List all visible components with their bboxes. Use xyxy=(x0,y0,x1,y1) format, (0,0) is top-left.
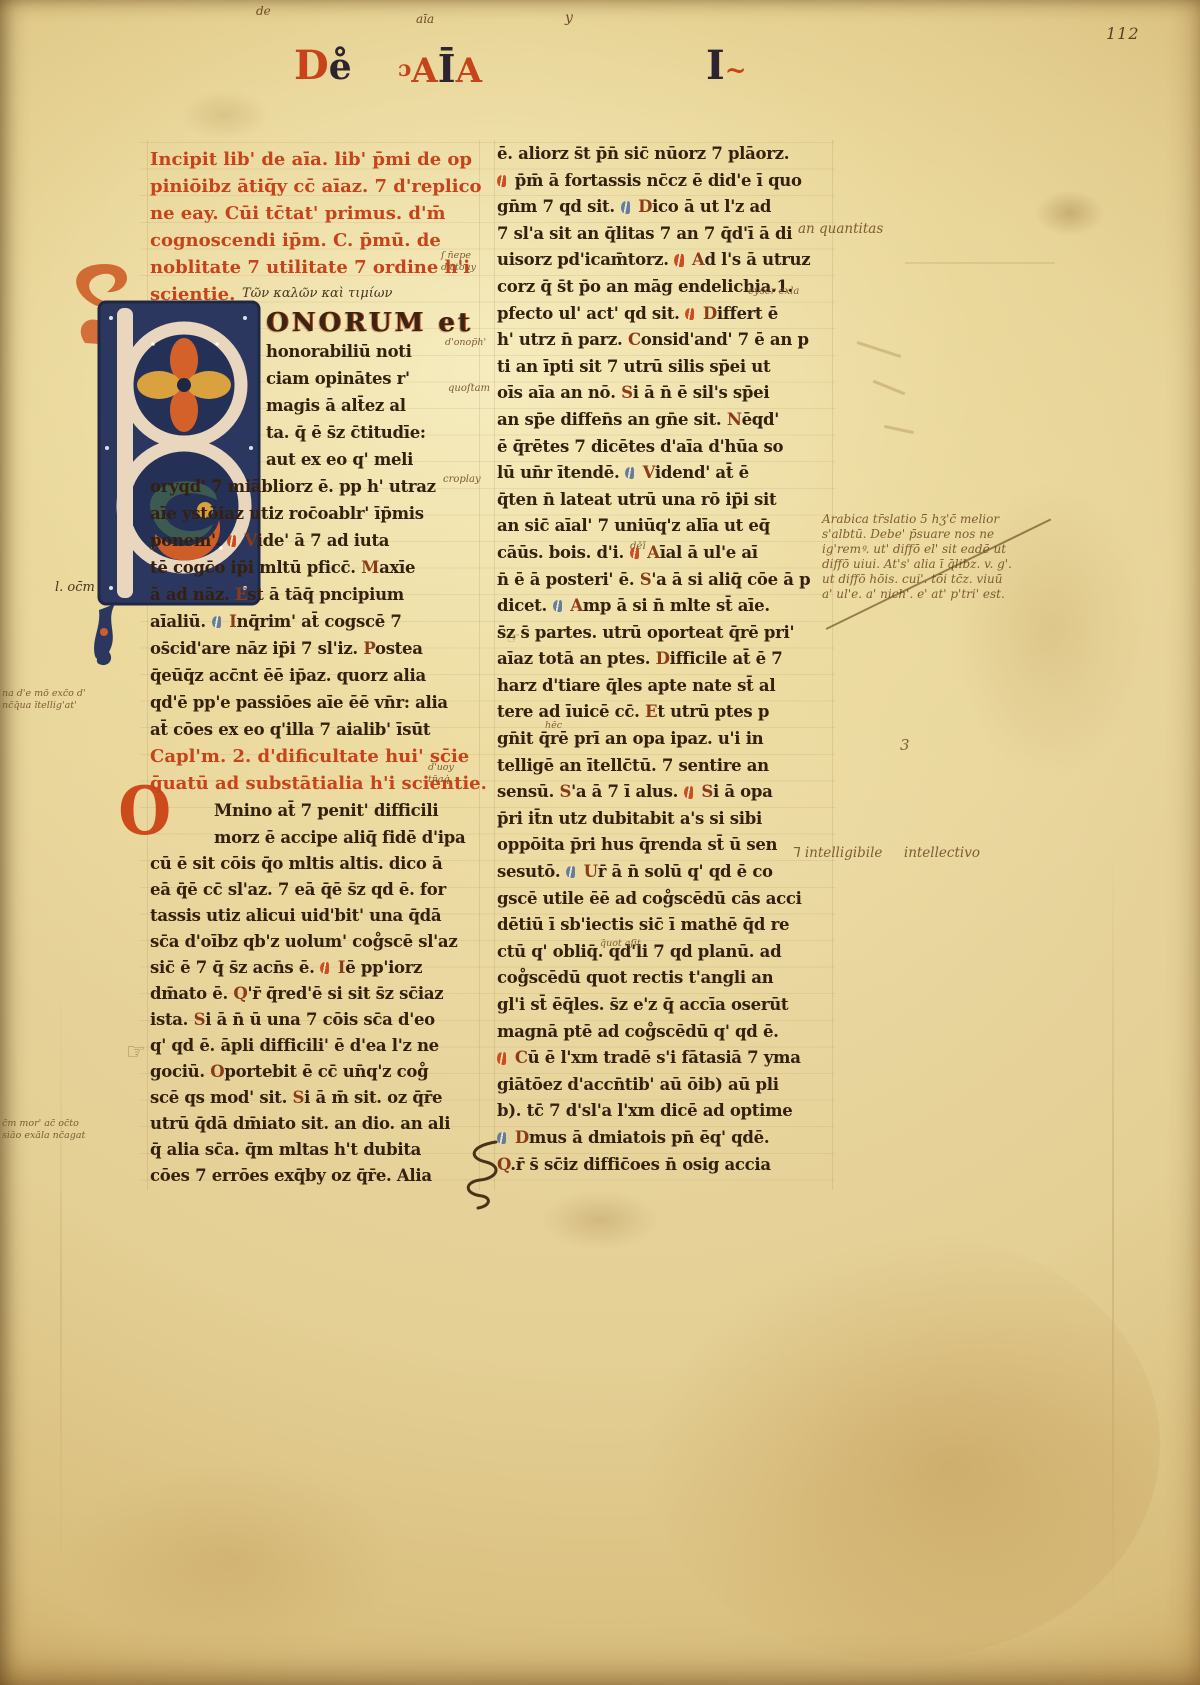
text-line: magnā ptē ad cog̊scēdū q' qd ē. xyxy=(497,1019,837,1046)
script-text: dicet. xyxy=(497,596,552,615)
note-line: nc̄q̄ua ītellig'at' xyxy=(2,700,86,712)
script-text: utrū q̄dā dm̄iato sit. an dio. an ali xyxy=(150,1114,450,1133)
stain xyxy=(60,1460,400,1660)
script-text: gn̄it q̄rē prī an opa ipaz. u'i in xyxy=(497,729,763,748)
script-text: ne eay. Cūi tc̄tat' primus. d'm̄ xyxy=(150,203,446,224)
text-line: ta. q̄ ē s̄z c̄titudīe: xyxy=(266,419,490,446)
script-text: cog̊scēdū quot rectis t'angli an xyxy=(497,968,773,987)
red-touched-text: Q xyxy=(233,984,247,1003)
script-text: eā q̄ē cc̄ sl'az. 7 eā q̄ē s̄z qd ē. for xyxy=(150,880,446,899)
red-touched-text: M xyxy=(361,558,379,577)
script-text: i ā n̄ ē sil's sp̄ei xyxy=(633,383,770,402)
script-text: d l's ā utruz xyxy=(704,250,810,269)
red-touched-text: E xyxy=(235,585,247,604)
red-touched-text: A xyxy=(570,596,583,615)
note-line: ⅂ intelligibile intellectivo xyxy=(793,845,980,862)
text-line: Mnino at̄ 7 penit' difficili xyxy=(214,797,490,824)
text-line: morz ē accipe aliq̄ fidē d'ipa xyxy=(214,824,490,851)
script-text: aīaliū. xyxy=(150,612,211,631)
capitulum-mark-red xyxy=(685,308,694,320)
red-touched-text: D xyxy=(703,304,717,323)
rubric-line: piniōibz ātiq̄y cc̄ aīaz. 7 d'replico xyxy=(150,173,490,200)
text-line: sc̄a d'oībz qb'z uolum' cog̊scē sl'az xyxy=(150,929,490,955)
script-text: idend' at̄ ē xyxy=(655,463,749,482)
gloss-interlinear-eyser: eyser exla xyxy=(748,286,799,299)
note-line: Τῶν καλῶν καὶ τιμίων xyxy=(242,286,392,302)
script-text: aut ex eo q' meli xyxy=(266,450,413,469)
text-line: telligē an ītellc̄tū. 7 sentire an xyxy=(497,753,837,780)
script-text: mp ā si n̄ mlte st̄ aīe. xyxy=(583,596,770,615)
running-title-e: e̊ xyxy=(329,46,352,88)
script-text: giātōez d'accn̄tib' aū ōib) aū pli xyxy=(497,1075,779,1094)
script-text: b). tc̄ 7 d'sl'a l'xm dicē ad optime xyxy=(497,1101,792,1120)
gloss-intercolumn-5: d'uoytn̄aq̇ xyxy=(428,762,454,786)
manicule-left: ☞ xyxy=(126,1040,146,1065)
script-text: scē qs mod' sit. xyxy=(150,1088,293,1107)
text-line: q̄ alia sc̄a. q̄m mltas h't dubita xyxy=(150,1137,490,1163)
script-text: q̄ten n̄ lateat utrū una rō ip̄i sit xyxy=(497,490,776,509)
script-text: ciam opinātes r' xyxy=(266,369,410,388)
script-text: an sic̄ aīal' 7 uniūq'z alīa ut eq̄ xyxy=(497,516,770,535)
text-line: ctū q' obliq̄. qd'li 7 qd planū. ad xyxy=(497,939,837,966)
red-touched-text: V xyxy=(643,463,655,482)
script-text: ē. aliorz s̄t p̄n̄ sic̄ nūorz 7 plāorz. xyxy=(497,144,789,163)
script-text: noblitate 7 utilitate 7 ordine h'i xyxy=(150,257,470,278)
text-line: dētiū ī sb'iectis sic̄ ī mathē q̄d re xyxy=(497,912,837,939)
script-text: aīe ystōiaz utiz roc̄oablr' īp̄mis xyxy=(150,504,424,523)
running-title-gloss-center: aīa xyxy=(416,12,434,26)
script-text: harz d'tiare q̄les apte nate st̄ al xyxy=(497,676,775,695)
red-touched-text: C xyxy=(628,330,641,349)
title-swash: ~ xyxy=(725,56,747,86)
text-line: lū un̄r ītendē. Vidend' at̄ ē xyxy=(497,460,837,487)
text-line: ti an īpti sit 7 utrū silis sp̄ei ut xyxy=(497,354,837,381)
script-text: Mnino at̄ 7 penit' difficili xyxy=(214,801,438,820)
text-line: magis ā alt̄ez al xyxy=(266,392,490,419)
script-text: mus ā dmiatois pn̄ ēq' qdē. xyxy=(529,1128,769,1147)
text-line: uisorz pd'icam̄torz. Ad l's ā utruz xyxy=(497,247,837,274)
text-line: oryqd' 7 miābliorz ē. pp h' utraz xyxy=(150,473,490,500)
red-touched-text: S xyxy=(559,782,571,801)
script-text: dm̄ato ē. xyxy=(150,984,233,1003)
capitulum-mark-red xyxy=(674,254,683,266)
text-line: q' qd ē. āpli difficili' ē d'ea l'z ne xyxy=(150,1033,490,1059)
margin-note-intelligibile: ⅂ intelligibile intellectivo xyxy=(793,845,980,862)
title-i: Ī xyxy=(438,46,456,91)
text-line: 7 sl'a sit an q̄litas 7 an 7 q̄d'ī ā di xyxy=(497,221,837,248)
script-text: magnā ptē ad cog̊scēdū q' qd ē. xyxy=(497,1022,779,1041)
text-line: giātōez d'accn̄tib' aū ōib) aū pli xyxy=(497,1072,837,1099)
script-text: onsid'and' 7 ē an p xyxy=(641,330,809,349)
script-text: ē q̄rētes 7 dicētes d'aīa d'hūa so xyxy=(497,437,783,456)
red-touched-text: C xyxy=(515,1048,528,1067)
script-text: os̄cid'are nāz ip̄i 7 sl'iz. xyxy=(150,639,363,658)
running-title-aia: ɔAĪA xyxy=(398,46,482,91)
manicule-intercolumn: ☞ xyxy=(506,628,520,647)
script-text: morz ē accipe aliq̄ fidē d'ipa xyxy=(214,828,465,847)
script-text: dētiū ī sb'iectis sic̄ ī mathē q̄d re xyxy=(497,915,789,934)
red-touched-text: I xyxy=(229,612,236,631)
script-text: gscē utile ēē ad cog̊scēdū cās acci xyxy=(497,889,802,908)
script-text: 'a ā 7 ī alus. xyxy=(571,782,683,801)
text-line: ē q̄rētes 7 dicētes d'aīa d'hūa so xyxy=(497,434,837,461)
gloss-interlinear-dei: dēī xyxy=(630,541,646,554)
running-title-gloss-right: y xyxy=(565,10,573,26)
initial-flourish-orange xyxy=(76,264,127,306)
script-text: scientie. xyxy=(150,284,235,305)
text-line: tassis utiz alicui uid'bit' una q̄dā xyxy=(150,903,490,929)
text-line: b). tc̄ 7 d'sl'a l'xm dicē ad optime xyxy=(497,1098,837,1125)
stain xyxy=(540,1190,660,1250)
script-text: tassis utiz alicui uid'bit' una q̄dā xyxy=(150,906,441,925)
script-text: Capl'm. 2. d'dificultate hui' sc̄ie xyxy=(150,746,469,767)
text-line: n̄ ē ā posteri' ē. S'a ā si aliq̄ cōe ā … xyxy=(497,567,837,594)
capitulum-mark-blue xyxy=(566,866,575,878)
note-line: d'uoy xyxy=(428,762,454,774)
note-line: q̄uot aſit xyxy=(600,938,641,950)
show-through-mark xyxy=(905,262,1055,264)
text-line: q̄eūq̄z acc̄nt ēē ip̄az. quorz alia xyxy=(150,662,490,689)
stain xyxy=(180,90,270,140)
red-touched-text: S xyxy=(194,1010,206,1029)
text-line: Cū ē l'xm tradē s'i fātasiā 7 yma xyxy=(497,1045,837,1072)
script-text: ti an īpti sit 7 utrū silis sp̄ei ut xyxy=(497,357,770,376)
script-text: q' qd ē. āpli difficili' ē d'ea l'z ne xyxy=(150,1036,439,1055)
margin-note-left-bottom: c̄m mor' ac̄ oc̄tosiāo exāla nc̄agat xyxy=(2,1118,85,1142)
note-line: d'onop̄h' xyxy=(445,337,486,349)
text-line: at̄ cōes ex eo q'illa 7 aialib' īsūt xyxy=(150,716,490,743)
script-text: ide' ā 7 ad iuta xyxy=(257,531,390,550)
script-text: magis ā alt̄ez al xyxy=(266,396,406,415)
script-text: sic̄ ē 7 q̄ s̄z acn̄s ē. xyxy=(150,958,320,977)
text-line: gl'i st̄ ēq̄les. s̄z e'z q̄ accīa oserūt xyxy=(497,992,837,1019)
red-touched-text: S xyxy=(701,782,713,801)
text-line: gn̄m 7 qd sit. Dico ā ut l'z ad xyxy=(497,194,837,221)
text-line: gscē utile ēē ad cog̊scēdū cās acci xyxy=(497,886,837,913)
red-touched-text: N xyxy=(727,410,742,429)
script-text: sc̄a d'oībz qb'z uolum' cog̊scē sl'az xyxy=(150,932,457,951)
note-line: ig'remꝰ. ut' diffō el' sit eadē ut xyxy=(822,542,1012,557)
note-line: na d'e mō exc̄o d' xyxy=(2,688,86,700)
script-text: p̄m̄ ā fortassis nc̄cz ē did'e ī quo xyxy=(509,171,801,190)
note-line: l. oc̄m xyxy=(55,580,95,596)
red-touched-text: U xyxy=(584,862,598,881)
text-line: Dmus ā dmiatois pn̄ ēq' qdē. xyxy=(497,1125,837,1152)
manuscript-page: 112 de aīa y De̊ ɔAĪA I~ xyxy=(0,0,1200,1685)
text-line: p̄ri it̄n utz dubitabit a's si sibi xyxy=(497,806,837,833)
show-through-mark xyxy=(873,380,906,396)
text-line: oīs aīa an nō. Si ā n̄ ē sil's sp̄ei xyxy=(497,380,837,407)
text-line: os̄cid'are nāz ip̄i 7 sl'iz. Postea xyxy=(150,635,490,662)
script-text: sensū. xyxy=(497,782,559,801)
text-line: harz d'tiare q̄les apte nate st̄ al xyxy=(497,673,837,700)
capitulum-mark-red xyxy=(227,535,236,547)
red-touched-text: D xyxy=(638,197,652,216)
red-touched-text: E xyxy=(645,702,657,721)
text-line: pfecto ul' act' qd sit. Differt ē xyxy=(497,301,837,328)
running-title-de: De̊ xyxy=(294,42,352,89)
script-text: n̄ ē ā posteri' ē. xyxy=(497,570,640,589)
text-line: qd'ē pp'e passiōes aīe ēē vn̄r: alia xyxy=(150,689,490,716)
text-line: oppōita p̄ri hus q̄renda st̄ ū sen xyxy=(497,832,837,859)
script-text: nq̄rim' at̄ cogscē 7 xyxy=(237,612,402,631)
script-text: .r̄ s̄ sc̄iz diffic̄oes n̄ osig accia xyxy=(510,1155,771,1174)
red-touched-text: S xyxy=(640,570,652,589)
script-text: ifficile at̄ ē 7 xyxy=(670,649,783,668)
note-line: dēī xyxy=(630,541,646,554)
script-text: ēqd' xyxy=(742,410,779,429)
script-text: t utrū ptes p xyxy=(657,702,769,721)
rubric-line: ne eay. Cūi tc̄tat' primus. d'm̄ xyxy=(150,200,490,227)
note-line: eyser exla xyxy=(748,286,799,299)
crease xyxy=(1112,840,1114,1620)
margin-mark-3: 3 xyxy=(900,736,910,755)
note-line: d'ctouy xyxy=(441,262,476,274)
text-line: scē qs mod' sit. Si ā m̄ sit. oz q̄r̄e xyxy=(150,1085,490,1111)
gloss-intercolumn-1: ſ n̄eped'ctouy xyxy=(441,250,476,274)
rubric-line: cognoscendi ip̄m. C. p̄mū. de xyxy=(150,227,490,254)
gloss-intercolumn-4: croplay xyxy=(443,474,481,487)
script-text: i ā opa xyxy=(713,782,773,801)
text-line: q̄ten n̄ lateat utrū una rō ip̄i sit xyxy=(497,487,837,514)
note-line: siāo exāla nc̄agat xyxy=(2,1130,85,1142)
script-text: cōes 7 errōes exq̄by oz q̄r̄e. Alia xyxy=(150,1166,432,1185)
script-text: i ā n̄ ū una 7 cōis sc̄a d'eo xyxy=(205,1010,435,1029)
red-touched-text: D xyxy=(656,649,670,668)
capitulum-mark-blue xyxy=(621,201,630,213)
script-text: cognoscendi ip̄m. C. p̄mū. de xyxy=(150,230,441,251)
script-text: 'a ā si aliq̄ cōe ā p xyxy=(651,570,810,589)
script-text: cāūs. bois. d'i. xyxy=(497,543,629,562)
gloss-interlinear-quot: q̄uot aſit xyxy=(600,938,641,950)
text-line: dm̄ato ē. Q'r̄ q̄red'ē si sit s̄z sc̄iaz xyxy=(150,981,490,1007)
note-line: hēc xyxy=(545,720,562,732)
rubric-line: Incipit lib' de aīa. lib' p̄mi de op xyxy=(150,146,490,173)
note-line: croplay xyxy=(443,474,481,487)
margin-note-arabica: Arabica tr̄slatio 5 hʒ'c̄ meliors'albtū.… xyxy=(822,512,1012,602)
red-touched-text: A xyxy=(647,543,660,562)
text-line: aīaliū. Inq̄rim' at̄ cogscē 7 xyxy=(150,608,490,635)
text-line: p̄m̄ ā fortassis nc̄cz ē did'e ī quo xyxy=(497,168,837,195)
script-text: portebit ē cc̄ un̄q'z cog̊ xyxy=(224,1062,428,1081)
red-touched-text: O xyxy=(210,1062,224,1081)
gloss-interlinear-hec: hēc xyxy=(545,720,562,732)
note-line: diffō uiui. At's' alia ī q̄libz. v. g'. xyxy=(822,557,1012,572)
script-text: oīs aīa an nō. xyxy=(497,383,621,402)
capitulum-mark-red xyxy=(497,175,506,187)
text-line: s̄z s̄ partes. utrū oporteat q̄rē pri' xyxy=(497,620,837,647)
note-line: c̄m mor' ac̄ oc̄to xyxy=(2,1118,85,1130)
text-line: ponem'. Vide' ā 7 ad iuta xyxy=(150,527,490,554)
note-line: ſ n̄epe xyxy=(441,250,476,262)
script-text: qd'ē pp'e passiōes aīe ēē vn̄r: alia xyxy=(150,693,448,712)
crease xyxy=(60,980,62,1600)
red-touched-text: S xyxy=(293,1088,305,1107)
text-line: dicet. Amp ā si n̄ mlte st̄ aīe. xyxy=(497,593,837,620)
text-line: h' utrz n̄ parz. Consid'and' 7 ē an p xyxy=(497,327,837,354)
script-text: ponem'. xyxy=(150,531,227,550)
text-line: aīe ystōiaz utiz roc̄oablr' īp̄mis xyxy=(150,500,490,527)
running-title-gloss-left: de xyxy=(256,4,271,18)
capitulum-mark-red xyxy=(320,962,329,974)
script-text: st ā tāq̄ pncipium xyxy=(247,585,404,604)
note-line: quoſtam xyxy=(448,383,490,396)
script-text: lū un̄r ītendē. xyxy=(497,463,625,482)
script-text: honorabiliū noti xyxy=(266,342,412,361)
show-through-mark xyxy=(857,341,902,358)
note-line: ut diffō hōis. cui'. tōi tc̄z. viuū xyxy=(822,572,1012,587)
red-touched-text: P xyxy=(363,639,375,658)
text-line: ā ad nāz. Est ā tāq̄ pncipium xyxy=(150,581,490,608)
text-line: ista. Si ā n̄ ū una 7 cōis sc̄a d'eo xyxy=(150,1007,490,1033)
script-text: ostea xyxy=(375,639,423,658)
script-text: ē pp'iorz xyxy=(345,958,422,977)
script-text: p̄ri it̄n utz dubitabit a's si sibi xyxy=(497,809,762,828)
script-text: 'r̄ q̄red'ē si sit s̄z sc̄iaz xyxy=(247,984,443,1003)
script-text: tē cogc̄o ip̄i mltū pficc̄. xyxy=(150,558,361,577)
text-line: Q.r̄ s̄ sc̄iz diffic̄oes n̄ osig accia xyxy=(497,1152,837,1179)
script-text: oppōita p̄ri hus q̄renda st̄ ū sen xyxy=(497,835,777,854)
red-touched-text: S xyxy=(621,383,633,402)
script-text: telligē an ītellc̄tū. 7 sentire an xyxy=(497,756,769,775)
note-line: a' ul'e. a' nich'. e' at' p'tri' est. xyxy=(822,587,1012,602)
script-text: cū ē sit cōis q̄o mltis altis. dico ā xyxy=(150,854,442,873)
script-text: iffert ē xyxy=(717,304,778,323)
text-line: cāūs. bois. d'i. Aīal ā ul'e aī xyxy=(497,540,837,567)
running-title-d: D xyxy=(294,42,329,89)
script-text: ONORUM et xyxy=(266,308,473,338)
script-text: gl'i st̄ ēq̄les. s̄z e'z q̄ accīa oserūt xyxy=(497,995,788,1014)
folio-number: 112 xyxy=(1106,24,1140,43)
script-text: ū ē l'xm tradē s'i fātasiā 7 yma xyxy=(528,1048,801,1067)
text-line: cū ē sit cōis q̄o mltis altis. dico ā xyxy=(150,851,490,877)
script-text: i ā m̄ sit. oz q̄r̄e xyxy=(304,1088,442,1107)
script-text: pfecto ul' act' qd sit. xyxy=(497,304,685,323)
title-flourish: ɔ xyxy=(398,56,411,82)
capitulum-mark-red xyxy=(497,1052,506,1064)
text-column-left: Incipit lib' de aīa. lib' p̄mi de oppini… xyxy=(150,146,490,1189)
text-line: aīaz totā an ptes. Difficile at̄ ē 7 xyxy=(497,646,837,673)
capitulum-mark-blue xyxy=(625,467,634,479)
stain xyxy=(640,1230,1160,1660)
capitulum-mark-blue xyxy=(212,616,221,628)
title-a2: A xyxy=(456,51,482,91)
script-text: q̄ alia sc̄a. q̄m mltas h't dubita xyxy=(150,1140,421,1159)
title-book-numeral: I xyxy=(706,42,725,89)
title-a1: A xyxy=(411,51,437,91)
note-line: 3 xyxy=(900,736,910,755)
script-text: ico ā ut l'z ad xyxy=(652,197,771,216)
script-text: r̄ ā n̄ solū q' qd ē co xyxy=(598,862,773,881)
script-text: axīe xyxy=(379,558,415,577)
script-text: at̄ cōes ex eo q'illa 7 aialib' īsūt xyxy=(150,720,430,739)
script-text: sesutō. xyxy=(497,862,566,881)
text-line: sic̄ ē 7 q̄ s̄z acn̄s ē. Iē pp'iorz xyxy=(150,955,490,981)
show-through-mark xyxy=(884,425,914,434)
script-text: ta. q̄ ē s̄z c̄titudīe: xyxy=(266,423,426,442)
script-text: s̄z s̄ partes. utrū oporteat q̄rē pri' xyxy=(497,623,794,642)
capitulum-mark-red xyxy=(684,786,693,798)
gloss-intercolumn-2: d'onop̄h' xyxy=(445,337,486,349)
script-text: gociū. xyxy=(150,1062,210,1081)
script-text: ista. xyxy=(150,1010,194,1029)
script-text: q̄eūq̄z acc̄nt ēē ip̄az. quorz alia xyxy=(150,666,426,685)
margin-note-left-mid: na d'e mō exc̄o d'nc̄q̄ua ītellig'at' xyxy=(2,688,86,712)
text-line: gociū. Oportebit ē cc̄ un̄q'z cog̊ xyxy=(150,1059,490,1085)
text-line: tē cogc̄o ip̄i mltū pficc̄. Maxīe xyxy=(150,554,490,581)
script-text: ā ad nāz. xyxy=(150,585,235,604)
note-line: Arabica tr̄slatio 5 hʒ'c̄ melior xyxy=(822,512,1012,527)
text-line: eā q̄ē cc̄ sl'az. 7 eā q̄ē s̄z qd ē. for xyxy=(150,877,490,903)
text-line: sesutō. Ur̄ ā n̄ solū q' qd ē co xyxy=(497,859,837,886)
capitulum-mark-blue xyxy=(553,600,562,612)
script-text: īal ā ul'e aī xyxy=(660,543,758,562)
script-text: oryqd' 7 miābliorz ē. pp h' utraz xyxy=(150,477,436,496)
text-line: an sic̄ aīal' 7 uniūq'z alīa ut eq̄ xyxy=(497,513,837,540)
script-text: gn̄m 7 qd sit. xyxy=(497,197,620,216)
script-text: Incipit lib' de aīa. lib' p̄mi de op xyxy=(150,149,472,170)
display-line: ONORUM et xyxy=(266,308,490,338)
script-text: aīaz totā an ptes. xyxy=(497,649,656,668)
note-line: an quantitas xyxy=(798,221,883,238)
text-line: cōes 7 errōes exq̄by oz q̄r̄e. Alia xyxy=(150,1163,490,1189)
margin-note-an-quantitas: an quantitas xyxy=(798,221,883,238)
script-text: tere ad īuicē cc̄. xyxy=(497,702,645,721)
running-title-book-i: I~ xyxy=(706,42,747,89)
red-touched-text: A xyxy=(692,250,705,269)
script-text: an sp̄e diffen̄s an gn̄e sit. xyxy=(497,410,727,429)
text-line: an sp̄e diffen̄s an gn̄e sit. Nēqd' xyxy=(497,407,837,434)
rubric-line: noblitate 7 utilitate 7 ordine h'i xyxy=(150,254,490,281)
gloss-greek-incipit: Τῶν καλῶν καὶ τιμίων xyxy=(242,286,392,302)
text-line: cog̊scēdū quot rectis t'angli an xyxy=(497,965,837,992)
script-text: 7 sl'a sit an q̄litas 7 an 7 q̄d'ī ā di xyxy=(497,224,792,243)
text-line: aut ex eo q' meli xyxy=(266,446,490,473)
ruling-vertical xyxy=(494,140,495,1190)
red-touched-text: V xyxy=(244,531,256,550)
text-line: sensū. S'a ā 7 ī alus. Si ā opa xyxy=(497,779,837,806)
paraph-squiggle xyxy=(452,1138,512,1210)
margin-note-left-ocm: l. oc̄m xyxy=(55,580,95,596)
text-line: utrū q̄dā dm̄iato sit. an dio. an ali xyxy=(150,1111,490,1137)
script-text: h' utrz n̄ parz. xyxy=(497,330,628,349)
script-text: piniōibz ātiq̄y cc̄ aīaz. 7 d'replico xyxy=(150,176,482,197)
script-text: uisorz pd'icam̄torz. xyxy=(497,250,674,269)
text-line: ē. aliorz s̄t p̄n̄ sic̄ nūorz 7 plāorz. xyxy=(497,141,837,168)
note-line: tn̄aq̇ xyxy=(428,774,454,786)
stain xyxy=(1035,190,1105,236)
gloss-intercolumn-3: quoſtam xyxy=(448,383,490,396)
red-touched-text: D xyxy=(515,1128,529,1147)
note-line: s'albtū. Debe' p̄suare nos ne xyxy=(822,527,1012,542)
